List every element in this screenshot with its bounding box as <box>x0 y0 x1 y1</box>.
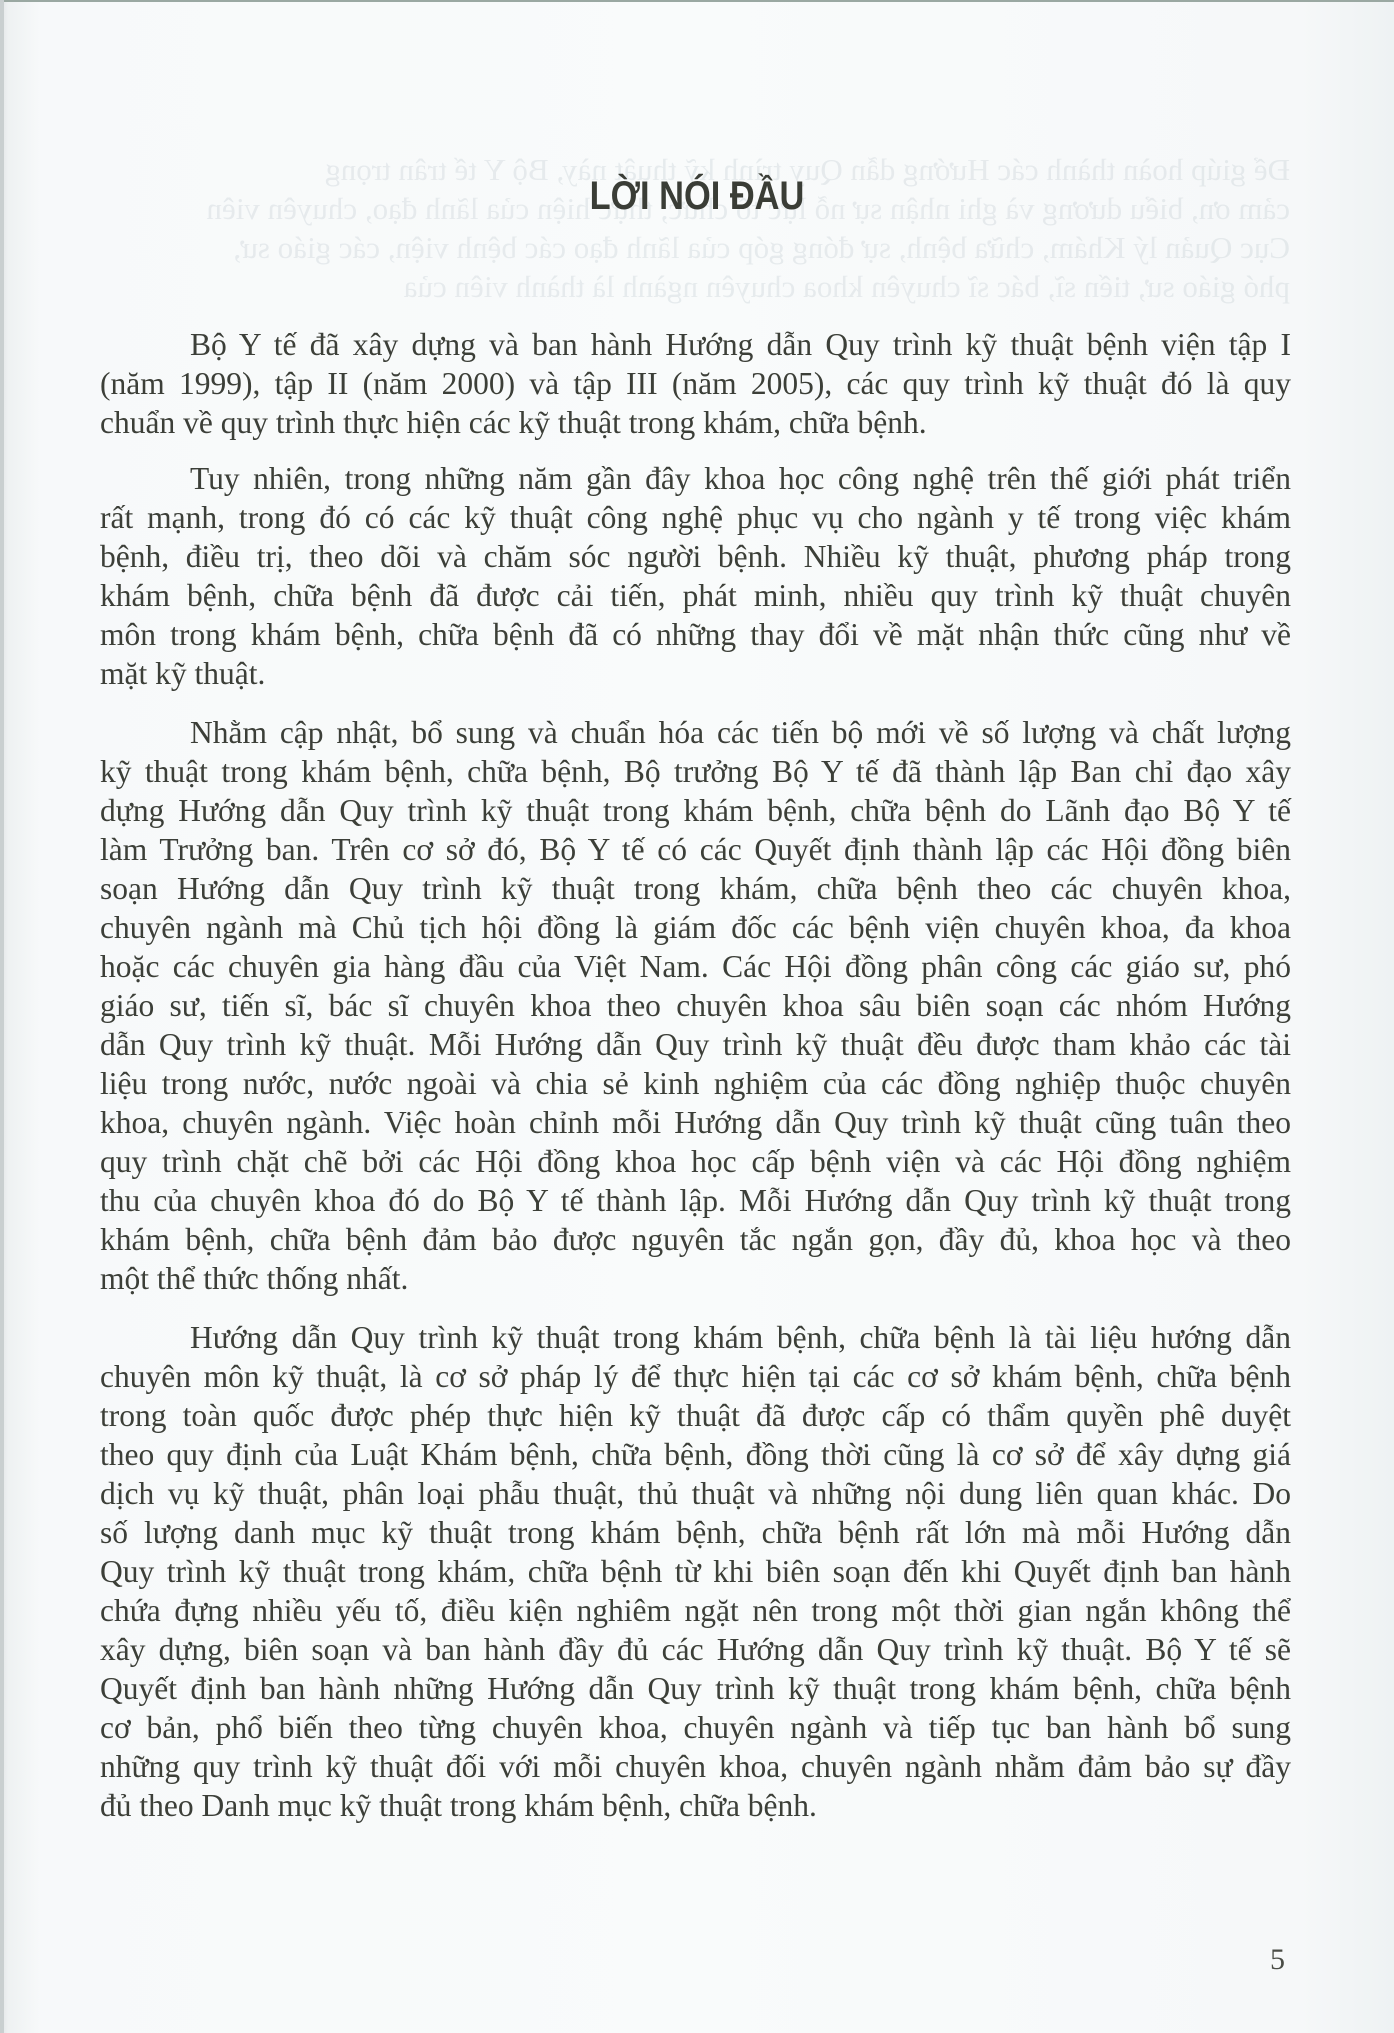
text-line: (năm 1999), tập II (năm 2000) và tập III… <box>100 364 1291 403</box>
text-line: dẫn Quy trình kỹ thuật. Mỗi Hướng dẫn Qu… <box>100 1025 1291 1064</box>
text-line: Hướng dẫn Quy trình kỹ thuật trong khám … <box>100 1318 1291 1357</box>
text-line: bệnh, điều trị, theo dõi và chăm sóc ngư… <box>100 537 1291 576</box>
text-line: khám bệnh, chữa bệnh đảm bảo được nguyên… <box>100 1220 1291 1259</box>
text-line: chuẩn về quy trình thực hiện các kỹ thuậ… <box>100 403 1291 442</box>
text-line: Quy trình kỹ thuật trong khám, chữa bệnh… <box>100 1552 1291 1591</box>
bleed-line: phó giáo sư, tiến sĩ, bác sĩ chuyên khoa… <box>150 267 1290 306</box>
text-line: dịch vụ kỹ thuật, phân loại phẫu thuật, … <box>100 1474 1291 1513</box>
paragraph-2: Tuy nhiên, trong những năm gần đây khoa … <box>100 459 1291 693</box>
bleed-line: Cục Quản lý Khám, chữa bệnh, sự đóng góp… <box>150 228 1290 267</box>
text-line: Quyết định ban hành những Hướng dẫn Quy … <box>100 1669 1291 1708</box>
text-line: cơ bản, phổ biến theo từng chuyên khoa, … <box>100 1708 1291 1747</box>
text-line: những quy trình kỹ thuật đối với mỗi chu… <box>100 1747 1291 1786</box>
text-line: Nhằm cập nhật, bổ sung và chuẩn hóa các … <box>100 713 1291 752</box>
text-line: soạn Hướng dẫn Quy trình kỹ thuật trong … <box>100 869 1291 908</box>
text-line: thu của chuyên khoa đó do Bộ Y tế thành … <box>100 1181 1291 1220</box>
paragraph-3: Nhằm cập nhật, bổ sung và chuẩn hóa các … <box>100 713 1291 1298</box>
text-line: số lượng danh mục kỹ thuật trong khám bệ… <box>100 1513 1291 1552</box>
text-line: kỹ thuật trong khám bệnh, chữa bệnh, Bộ … <box>100 752 1291 791</box>
text-line: khoa, chuyên ngành. Việc hoàn chỉnh mỗi … <box>100 1103 1291 1142</box>
text-line: đủ theo Danh mục kỹ thuật trong khám bện… <box>100 1786 1291 1825</box>
paragraph-4: Hướng dẫn Quy trình kỹ thuật trong khám … <box>100 1318 1291 1825</box>
page-binding-edge <box>0 0 4 2033</box>
page-title: LỜI NÓI ĐẦU <box>98 174 1297 219</box>
text-line: trong toàn quốc được phép thực hiện kỹ t… <box>100 1396 1291 1435</box>
text-line: chứa đựng nhiều yếu tố, điều kiện nghiêm… <box>100 1591 1291 1630</box>
page-number: 5 <box>1270 1943 1285 1977</box>
text-line: mặt kỹ thuật. <box>100 654 1291 693</box>
text-line: Tuy nhiên, trong những năm gần đây khoa … <box>100 459 1291 498</box>
text-line: một thể thức thống nhất. <box>100 1259 1291 1298</box>
page-top-edge <box>0 0 1394 2</box>
text-line: dựng Hướng dẫn Quy trình kỹ thuật trong … <box>100 791 1291 830</box>
text-line: môn trong khám bệnh, chữa bệnh đã có nhữ… <box>100 615 1291 654</box>
text-line: xây dựng, biên soạn và ban hành đầy đủ c… <box>100 1630 1291 1669</box>
text-line: chuyên môn kỹ thuật, là cơ sở pháp lý để… <box>100 1357 1291 1396</box>
text-line: chuyên ngành mà Chủ tịch hội đồng là giá… <box>100 908 1291 947</box>
text-line: theo quy định của Luật Khám bệnh, chữa b… <box>100 1435 1291 1474</box>
text-line: giáo sư, tiến sĩ, bác sĩ chuyên khoa the… <box>100 986 1291 1025</box>
text-line: khám bệnh, chữa bệnh đã được cải tiến, p… <box>100 576 1291 615</box>
text-line: làm Trưởng ban. Trên cơ sở đó, Bộ Y tế c… <box>100 830 1291 869</box>
text-line: hoặc các chuyên gia hàng đầu của Việt Na… <box>100 947 1291 986</box>
text-line: Bộ Y tế đã xây dựng và ban hành Hướng dẫ… <box>100 325 1291 364</box>
paragraph-1: Bộ Y tế đã xây dựng và ban hành Hướng dẫ… <box>100 325 1291 442</box>
text-line: liệu trong nước, nước ngoài và chia sẻ k… <box>100 1064 1291 1103</box>
scanned-page: Để giúp hoàn thành các Hướng dẫn Quy trì… <box>0 0 1394 2033</box>
text-line: quy trình chặt chẽ bởi các Hội đồng khoa… <box>100 1142 1291 1181</box>
text-line: rất mạnh, trong đó có các kỹ thuật công … <box>100 498 1291 537</box>
